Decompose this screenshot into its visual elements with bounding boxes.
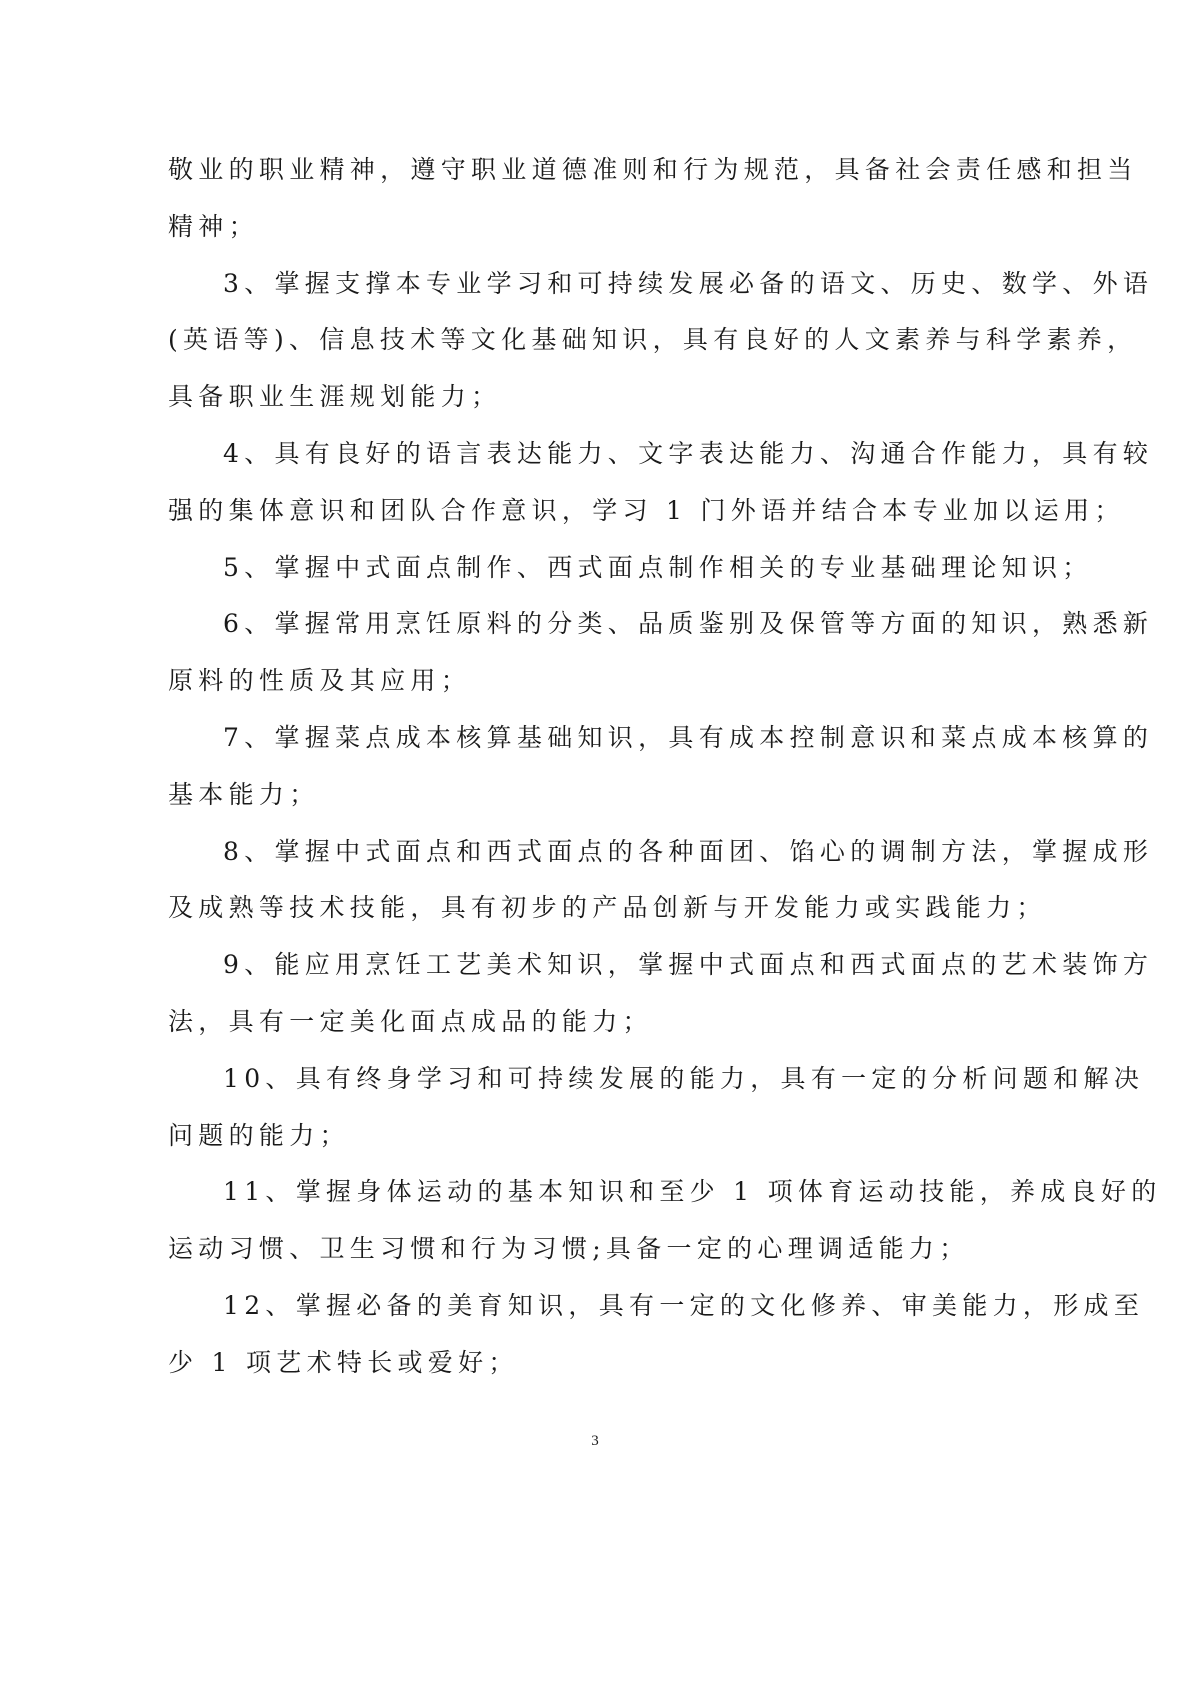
list-item-7: 7、掌握菜点成本核算基础知识，具有成本控制意识和菜点成本核算的 bbox=[168, 710, 1004, 767]
text-line: 运动习惯、卫生习惯和行为习惯;具备一定的心理调适能力； bbox=[168, 1221, 1004, 1278]
text-line: 原料的性质及其应用； bbox=[168, 653, 1004, 710]
list-item-4: 4、具有良好的语言表达能力、文字表达能力、沟通合作能力，具有较 bbox=[168, 426, 1004, 483]
page-number: 3 bbox=[0, 1433, 1190, 1450]
list-item-3: 3、掌握支撑本专业学习和可持续发展必备的语文、历史、数学、外语 bbox=[168, 256, 1004, 313]
text-line: 具备职业生涯规划能力； bbox=[168, 369, 1004, 426]
text-line: 敬业的职业精神，遵守职业道德准则和行为规范，具备社会责任感和担当 bbox=[168, 142, 1004, 199]
list-item-12: 12、掌握必备的美育知识，具有一定的文化修养、审美能力，形成至 bbox=[168, 1278, 1004, 1335]
list-item-11: 11、掌握身体运动的基本知识和至少 1 项体育运动技能，养成良好的 bbox=[168, 1164, 1004, 1221]
text-line: 法，具有一定美化面点成品的能力； bbox=[168, 994, 1004, 1051]
list-item-10: 10、具有终身学习和可持续发展的能力，具有一定的分析问题和解决 bbox=[168, 1051, 1004, 1108]
text-line: 问题的能力； bbox=[168, 1108, 1004, 1165]
document-page: 敬业的职业精神，遵守职业道德准则和行为规范，具备社会责任感和担当 精神； 3、掌… bbox=[0, 0, 1190, 1683]
list-item-6: 6、掌握常用烹饪原料的分类、品质鉴别及保管等方面的知识，熟悉新 bbox=[168, 596, 1004, 653]
text-line: (英语等)、信息技术等文化基础知识，具有良好的人文素养与科学素养， bbox=[168, 312, 1004, 369]
text-line: 强的集体意识和团队合作意识，学习 1 门外语并结合本专业加以运用； bbox=[168, 483, 1004, 540]
list-item-5: 5、掌握中式面点制作、西式面点制作相关的专业基础理论知识； bbox=[168, 540, 1004, 597]
body-text: 敬业的职业精神，遵守职业道德准则和行为规范，具备社会责任感和担当 精神； 3、掌… bbox=[168, 142, 1004, 1392]
text-line: 及成熟等技术技能，具有初步的产品创新与开发能力或实践能力； bbox=[168, 880, 1004, 937]
text-line: 少 1 项艺术特长或爱好； bbox=[168, 1335, 1004, 1392]
list-item-9: 9、能应用烹饪工艺美术知识，掌握中式面点和西式面点的艺术装饰方 bbox=[168, 937, 1004, 994]
list-item-8: 8、掌握中式面点和西式面点的各种面团、馅心的调制方法，掌握成形 bbox=[168, 824, 1004, 881]
text-line: 精神； bbox=[168, 199, 1004, 256]
text-line: 基本能力； bbox=[168, 767, 1004, 824]
